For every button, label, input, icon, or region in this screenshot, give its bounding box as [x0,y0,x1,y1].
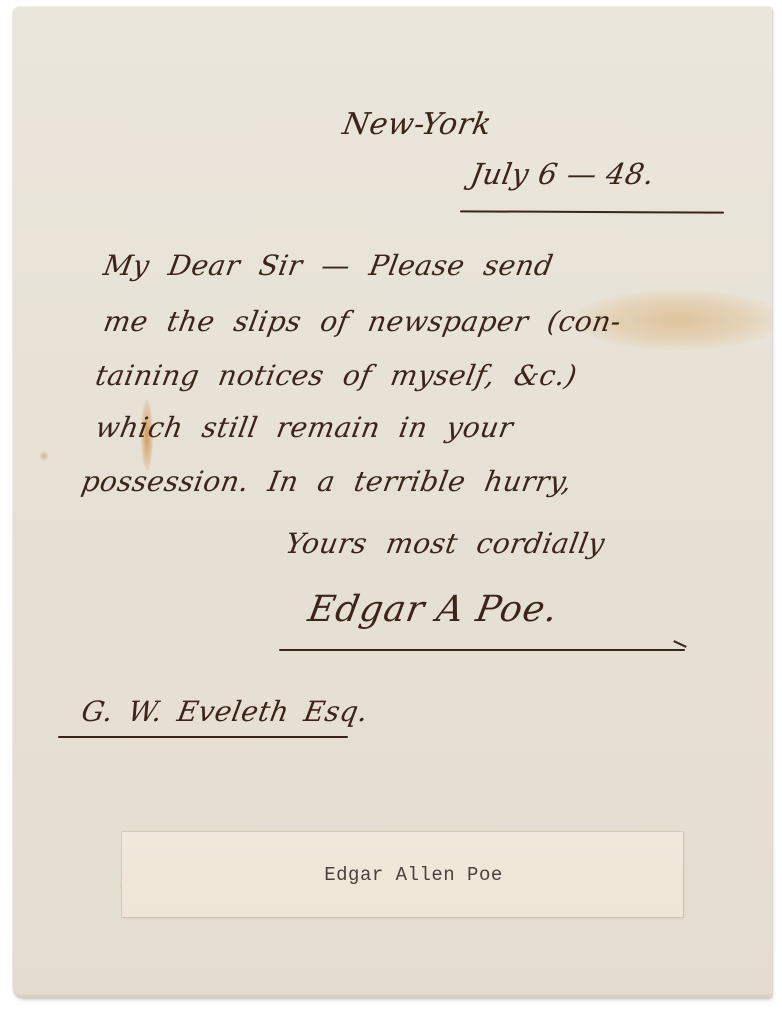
letter-place: New-York [340,107,494,142]
signature-underline [279,649,685,651]
letter-date: July 6 — 48. [468,157,657,191]
typed-label-text: Edgar Allen Poe [324,864,503,886]
addressee: G. W. Eveleth Esq. [79,695,371,728]
letter-body-line: My Dear Sir — Please send [101,249,556,282]
foxing-spot [39,451,49,461]
typed-label-slip: Edgar Allen Poe [122,832,683,917]
signature-flourish [673,640,687,648]
date-underline [460,210,724,213]
letter-body-line: possession. In a terrible hurry, [79,465,575,498]
letter-body-line: which still remain in your [93,411,516,444]
letter-body-line: taining notices of myself, &c.) [93,359,580,392]
letter-body-line: me the slips of newspaper (con- [101,305,624,338]
letter-closing: Yours most cordially [283,527,608,560]
letter-paper: New-York July 6 — 48. My Dear Sir — Plea… [13,7,772,998]
signature: Edgar A Poe. [305,589,561,630]
addressee-underline [58,736,348,738]
